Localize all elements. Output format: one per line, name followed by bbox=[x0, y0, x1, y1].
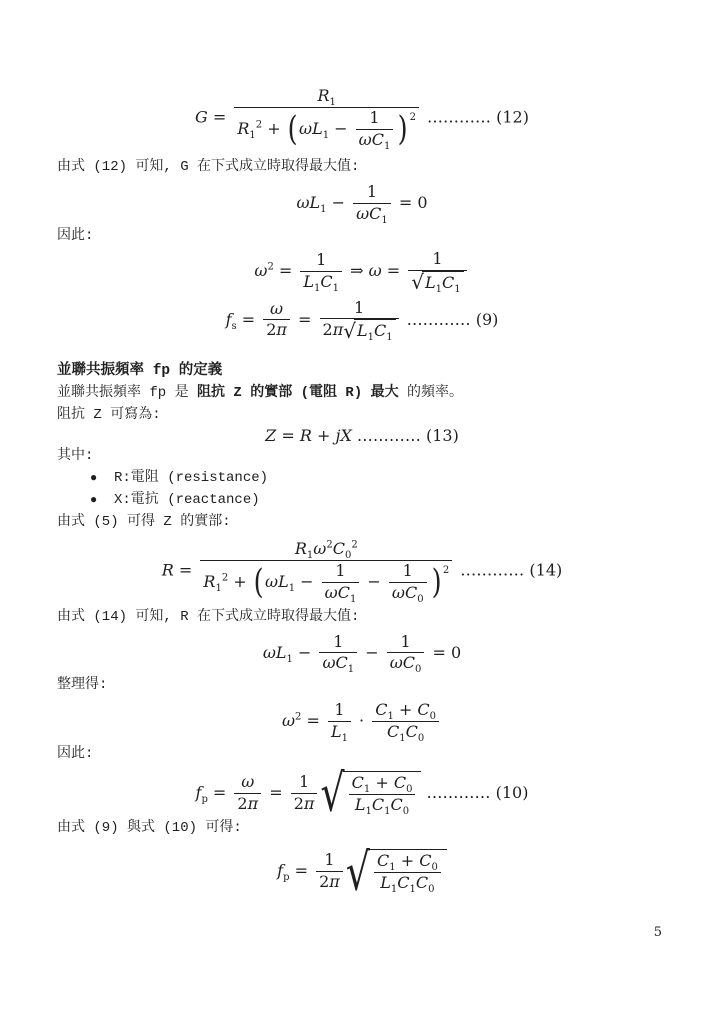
page-number: 5 bbox=[654, 925, 662, 940]
equation-13: Z = R + jX ………… (13) bbox=[57, 426, 667, 445]
equation-9-fs: fs = ω2π = 12π√L1C1 ………… (9) bbox=[57, 298, 667, 343]
equation-omega-parallel: ω2 = 1L1 · C1 + C0C1C0 bbox=[57, 700, 667, 743]
equation-12: G = R1R12 + (ωL1 − 1ωC1)2 ………… (12) bbox=[57, 86, 667, 150]
equation-omega-series: ω2 = 1L1C1 ⇒ ω = 1√L1C1 bbox=[57, 249, 667, 294]
equation-14: R = R1ω2C02R12 + (ωL1 − 1ωC1 − 1ωC0)2 ……… bbox=[57, 539, 667, 603]
definition-segment-2-bold: 阻抗 Z 的實部 (電阻 R) 最大 bbox=[197, 385, 399, 401]
definition-segment-1: 並聯共振頻率 fp 是 bbox=[57, 385, 197, 401]
paragraph-from-eq9-10: 由式 (9) 與式 (10) 可得: bbox=[57, 817, 667, 839]
bullet-text-resistance: R:電阻 (resistance) bbox=[114, 470, 268, 486]
paragraph-fp-definition: 並聯共振頻率 fp 是 阻抗 Z 的實部 (電阻 R) 最大 的頻率。 bbox=[57, 382, 667, 404]
list-item-reactance: ●X:電抗 (reactance) bbox=[57, 489, 667, 511]
document-page: G = R1R12 + (ωL1 − 1ωC1)2 ………… (12) 由式 (… bbox=[0, 0, 724, 1024]
bullet-icon: ● bbox=[90, 489, 114, 511]
bullet-list: ●R:電阻 (resistance) ●X:電抗 (reactance) bbox=[57, 467, 667, 511]
paragraph-from-eq12: 由式 (12) 可知, G 在下式成立時取得最大值: bbox=[57, 156, 667, 178]
equation-max-condition-g: ωL1 − 1ωC1 = 0 bbox=[57, 182, 667, 225]
paragraph-among: 其中: bbox=[57, 445, 667, 467]
bullet-icon: ● bbox=[90, 467, 114, 489]
paragraph-therefore-1: 因此: bbox=[57, 225, 667, 247]
bullet-text-reactance: X:電抗 (reactance) bbox=[114, 492, 260, 508]
paragraph-z-written-as: 阻抗 Z 可寫為: bbox=[57, 404, 667, 426]
paragraph-therefore-2: 因此: bbox=[57, 743, 667, 765]
paragraph-rearrange: 整理得: bbox=[57, 674, 667, 696]
definition-segment-3: 的頻率。 bbox=[399, 385, 463, 401]
list-item-resistance: ●R:電阻 (resistance) bbox=[57, 467, 667, 489]
paragraph-from-eq14: 由式 (14) 可知, R 在下式成立時取得最大值: bbox=[57, 606, 667, 628]
equation-10-fp: fp = ω2π = 12π√C1 + C0L1C1C0 ………… (10) bbox=[57, 771, 667, 816]
paragraph-from-eq5: 由式 (5) 可得 Z 的實部: bbox=[57, 511, 667, 533]
equation-max-condition-r: ωL1 − 1ωC1 − 1ωC0 = 0 bbox=[57, 632, 667, 675]
equation-fp-final: fp = 12π√C1 + C0L1C1C0 bbox=[57, 849, 667, 894]
section-heading-parallel-resonance: 並聯共振頻率 fp 的定義 bbox=[57, 360, 667, 382]
